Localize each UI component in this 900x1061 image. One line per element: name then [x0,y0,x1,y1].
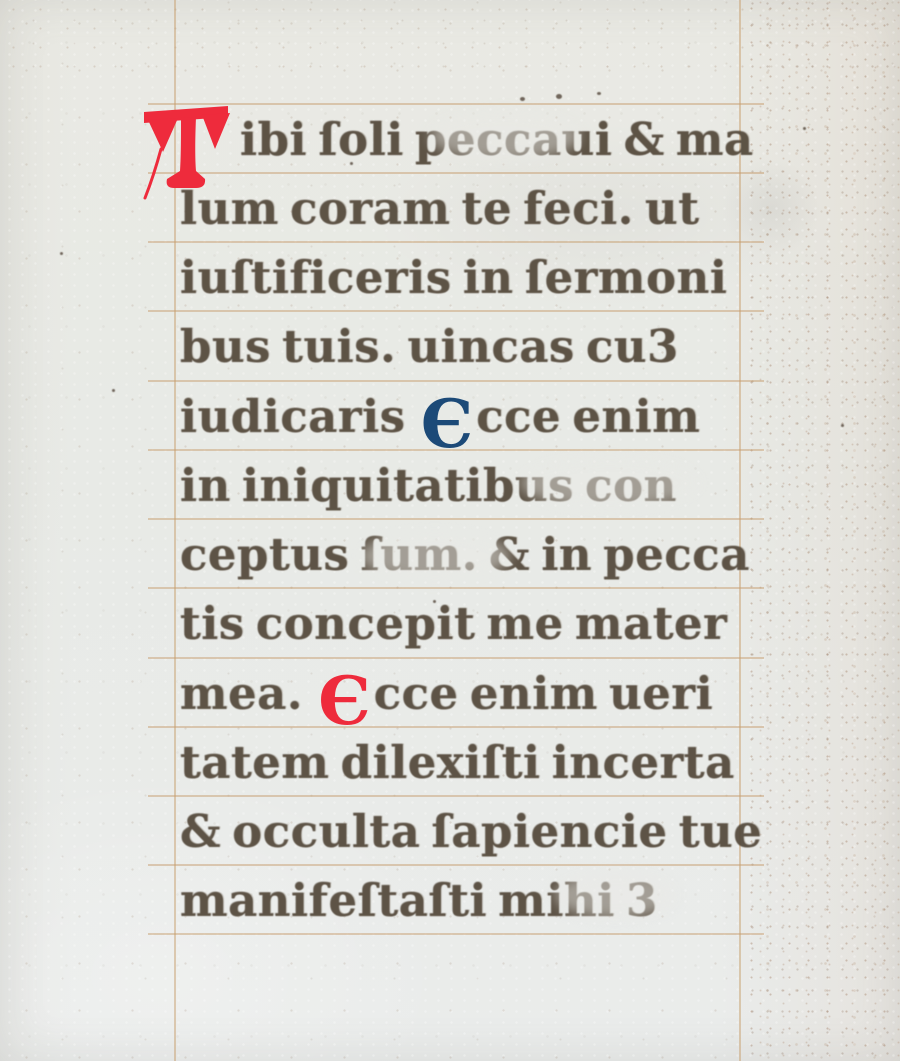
dirt-speck [597,92,601,95]
text-line: iudicaris Єcce enim [180,382,700,451]
line-text: lum coram te feci. ut [180,182,700,235]
line-text: ceptus ſum. & in pecca [180,528,750,581]
text-line: & occulta ſapiencie tue [180,797,762,866]
text-line: lum coram te feci. ut [180,174,700,243]
line-text: bus tuis. uincas cu3 [180,320,679,373]
line-text: cce enim [476,390,700,443]
text-line: in iniquitatibus con [180,451,677,520]
line-text: tatem dilexiſti incerta [180,736,735,789]
line-text: in iniquitatibus con [180,459,677,512]
line-text: ibi ſoli peccaui & ma [240,113,754,166]
dirt-speck [556,94,562,99]
text-line: manifeſtaſti mihi 3 [180,866,658,935]
line-text: & occulta ſapiencie tue [180,805,762,858]
dirt-speck [112,389,115,392]
text-line: tis concepit me mater [180,589,727,658]
text-line: bus tuis. uincas cu3 [180,312,679,381]
line-text: iudicaris [180,390,417,443]
manuscript-page: T ibi ſoli peccaui & ma lum coram te fec… [0,0,900,1061]
text-line: ceptus ſum. & in pecca [180,520,750,589]
text-line: tatem dilexiſti incerta [180,728,735,797]
line-text: mea. [180,667,314,720]
right-margin-speckle-overlay [742,0,900,1061]
line-text: tis concepit me mater [180,597,727,650]
top-edge-speckle-overlay [0,0,900,70]
dirt-speck [841,424,844,427]
text-line: ibi ſoli peccaui & ma [180,105,754,174]
dirt-speck [60,252,63,255]
dirt-speck [520,97,525,101]
text-line: mea. Єcce enim ueri [180,659,713,728]
line-text: manifeſtaſti mihi 3 [180,874,658,927]
line-text: cce enim ueri [374,667,713,720]
dirt-speck [803,127,806,130]
line-text: iuſtificeris in ſermoni [180,251,727,304]
text-line: iuſtificeris in ſermoni [180,243,727,312]
